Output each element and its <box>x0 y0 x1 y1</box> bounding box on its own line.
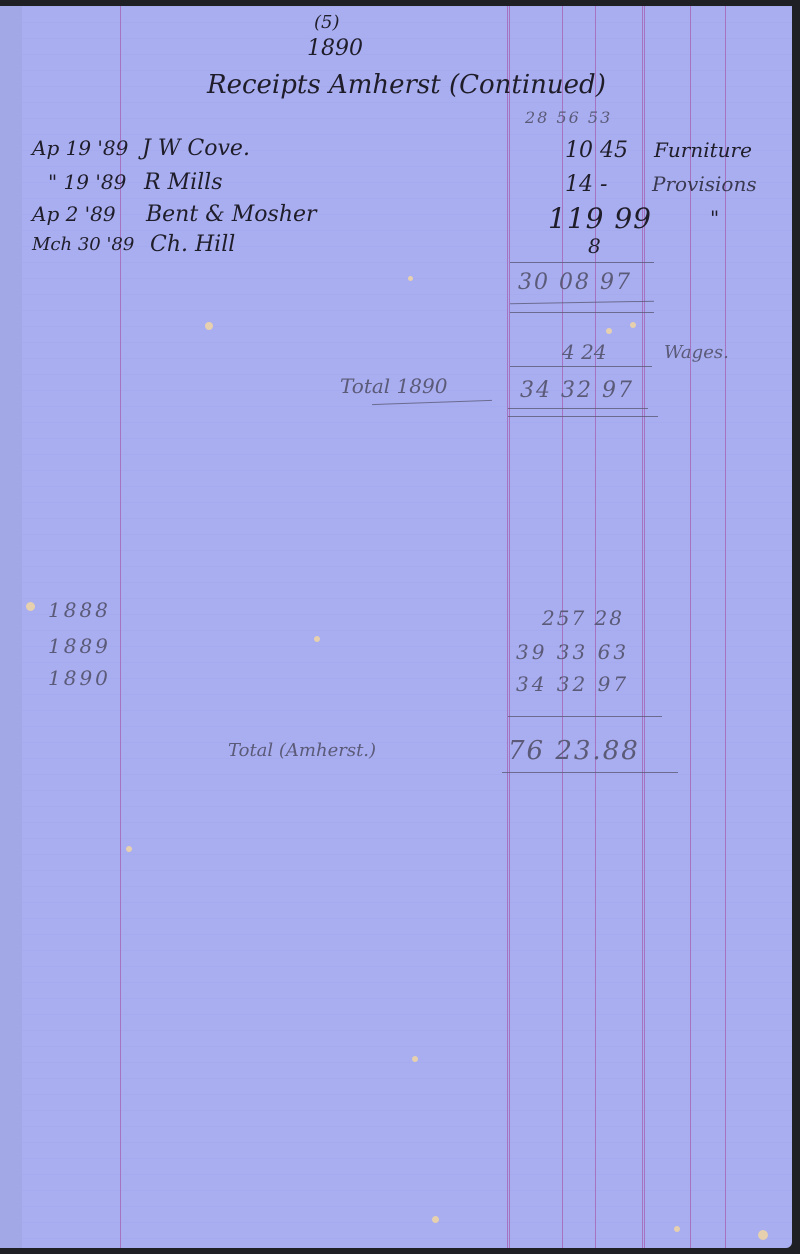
ledger-page: (5) 1890 Receipts Amherst (Continued) 28… <box>22 6 792 1248</box>
sum-rule <box>508 716 662 717</box>
previous-page-edge <box>0 6 24 1248</box>
page-year: 1890 <box>307 36 363 61</box>
page-title: Receipts Amherst (Continued) <box>207 70 606 100</box>
total-rule <box>502 772 678 773</box>
summary-amount: 257 28 <box>542 606 624 630</box>
sum-rule <box>510 366 652 367</box>
column-line <box>642 6 645 1248</box>
total-rule <box>508 416 658 417</box>
summary-year: 1889 <box>48 634 111 658</box>
foxing-spot <box>432 1216 439 1223</box>
foxing-spot <box>758 1230 768 1240</box>
foxing-spot <box>408 276 413 281</box>
column-line <box>507 6 510 1248</box>
entry-name: Bent & Mosher <box>146 202 317 227</box>
foxing-spot <box>26 602 35 611</box>
entry-amount: 119 99 <box>548 202 652 235</box>
entry-note: Provisions <box>652 172 757 196</box>
entry-note: " <box>710 206 719 230</box>
foxing-spot <box>126 846 132 852</box>
summary-year: 1888 <box>48 598 111 622</box>
foxing-spot <box>606 328 612 334</box>
subtotal: 30 08 97 <box>518 270 632 295</box>
wages-amount: 4 24 <box>562 340 607 364</box>
entry-name: R Mills <box>144 170 222 195</box>
total-rule <box>508 408 648 409</box>
entry-note: Furniture <box>654 138 752 162</box>
subtotal-rule <box>510 301 654 305</box>
entry-date: " 19 '89 <box>48 170 126 194</box>
total-1890: 34 32 97 <box>520 378 634 403</box>
entry-name: Ch. Hill <box>150 232 235 257</box>
summary-amount: 34 32 97 <box>516 672 629 696</box>
foxing-spot <box>412 1056 418 1062</box>
brought-forward: 28 56 53 <box>525 108 612 127</box>
subtotal-rule <box>510 312 654 313</box>
entry-name: J W Cove. <box>142 136 250 161</box>
foxing-spot <box>205 322 213 330</box>
entry-date: Ap 19 '89 <box>32 136 128 160</box>
entry-amount: 14 - <box>565 172 607 197</box>
entry-date: Mch 30 '89 <box>32 234 134 255</box>
summary-amount: 39 33 63 <box>516 640 629 664</box>
entry-amount: 8 <box>588 234 601 258</box>
summary-year: 1890 <box>48 666 111 690</box>
total-1890-label: Total 1890 <box>340 374 447 398</box>
entry-date: Ap 2 '89 <box>32 202 116 226</box>
sum-rule <box>510 262 654 263</box>
page-marker: (5) <box>314 12 340 33</box>
total-amherst: 76 23.88 <box>508 736 640 766</box>
foxing-spot <box>630 322 636 328</box>
total-amherst-label: Total (Amherst.) <box>228 740 376 761</box>
label-underline <box>372 400 492 405</box>
wages-label: Wages. <box>664 342 729 363</box>
entry-amount: 10 45 <box>565 138 628 163</box>
foxing-spot <box>674 1226 680 1232</box>
foxing-spot <box>314 636 320 642</box>
